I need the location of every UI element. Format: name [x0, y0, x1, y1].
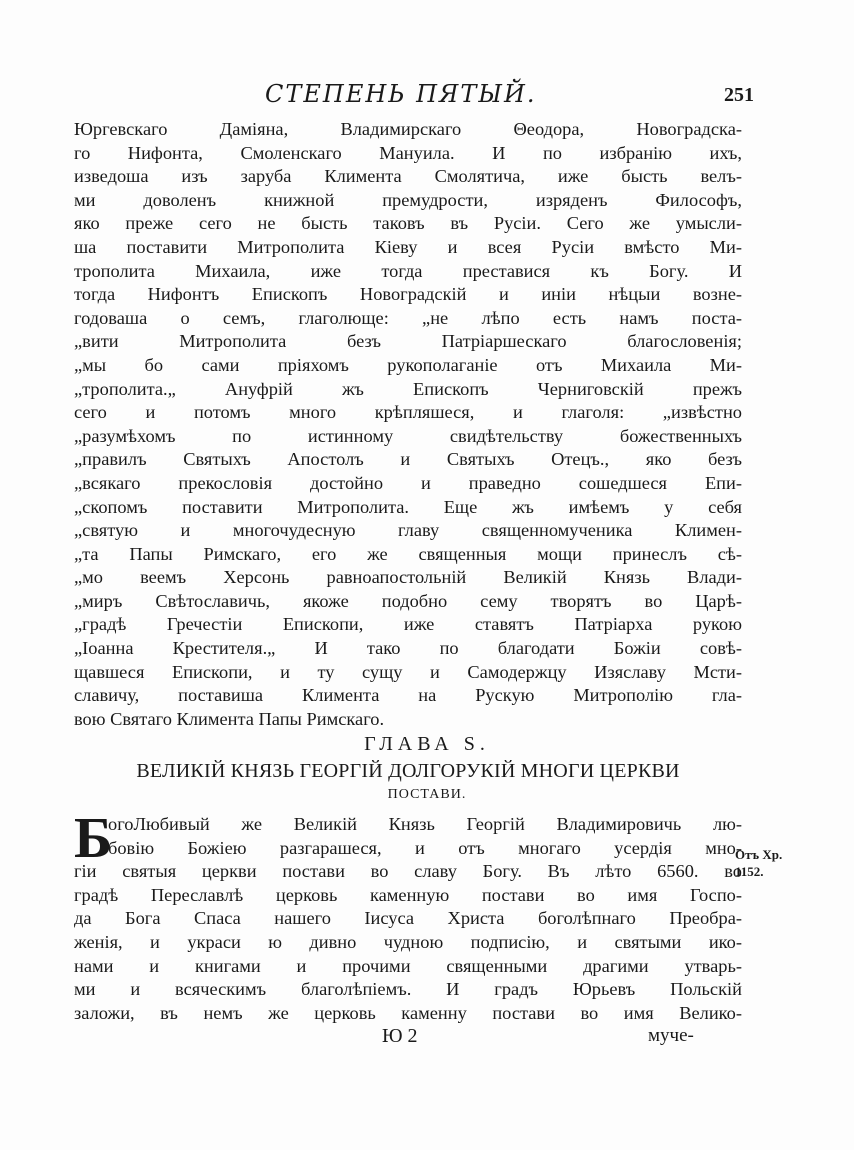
text-line: ша поставити Митрополита Кіеву и всея Ру… — [74, 236, 742, 260]
margin-note-line: 1152. — [735, 863, 782, 880]
text-line: женія, и украси ю дивно чудною подписію,… — [74, 931, 742, 955]
text-line: „трополита.„ Ануфрій жъ Епископъ Черниго… — [74, 378, 742, 402]
text-line: „градѣ Гречестіи Епископи, иже ставятъ П… — [74, 613, 742, 637]
text-line: заложи, въ немъ же церковь каменну поста… — [74, 1002, 742, 1026]
text-line: ми доволенъ книжной премудрости, изряден… — [74, 189, 742, 213]
text-line: огоЛюбивый же Великій Князь Георгій Влад… — [74, 813, 742, 837]
text-line: „мо веемъ Херсонь равноапостольній Велик… — [74, 566, 742, 590]
text-line: ми и всяческимъ благолѣпіемъ. И градъ Юр… — [74, 978, 742, 1002]
text-line: щавшеся Епископи, и ту сущу и Самодержцу… — [74, 661, 742, 685]
body-text-block-2: Б огоЛюбивый же Великій Князь Георгій Вл… — [74, 813, 742, 1025]
text-line: „скопомъ поставити Митрополита. Еще жъ и… — [74, 496, 742, 520]
text-line: „правилъ Святыхъ Апостолъ и Святыхъ Отец… — [74, 448, 742, 472]
text-line: славичу, поставиша Климента на Рускую Ми… — [74, 684, 742, 708]
text-line: трополита Михаила, иже тогда преставися … — [74, 260, 742, 284]
chapter-title: ВЕЛИКІЙ КНЯЗЬ ГЕОРГІЙ ДОЛГОРУКІЙ МНОГИ Ц… — [74, 760, 742, 783]
text-line: Юргевскаго Даміяна, Владимирскаго Θеодор… — [74, 118, 742, 142]
text-line: „разумѣхомъ по истинному свидѣтельству б… — [74, 425, 742, 449]
body-text-block-1: Юргевскаго Даміяна, Владимирскаго Θеодор… — [74, 118, 742, 731]
chapter-number: ГЛАВА Ѕ. — [0, 733, 854, 756]
text-line: да Бога Спаса нашего Іисуса Христа богол… — [74, 907, 742, 931]
text-line: „всякаго прекословія достойно и праведно… — [74, 472, 742, 496]
margin-note-line: Отъ Хр. — [735, 846, 782, 863]
text-line: сего и потомъ много крѣпляшеся, и глагол… — [74, 401, 742, 425]
chapter-title-continuation: ПОСТАВИ. — [0, 787, 854, 803]
margin-note-year: Отъ Хр. 1152. — [735, 846, 782, 880]
text-line: нами и книгами и прочими священными драг… — [74, 955, 742, 979]
text-line: „Іоанна Крестителя.„ И тако по благодати… — [74, 637, 742, 661]
drop-cap: Б — [74, 815, 112, 861]
text-line: „вити Митрополита безъ Патріаршескаго бл… — [74, 330, 742, 354]
text-line: бовію Божіею разгарашеся, и отъ многаго … — [74, 837, 742, 861]
text-line: градѣ Переславлѣ церковь каменную постав… — [74, 884, 742, 908]
running-title: СТЕПЕНЬ ПЯТЫЙ. — [265, 80, 537, 108]
running-head: СТЕПЕНЬ ПЯТЫЙ. 251 — [0, 80, 854, 110]
text-line: „святую и многочудесную главу священному… — [74, 519, 742, 543]
text-line: гіи святыя церкви постави во славу Богу.… — [74, 860, 742, 884]
text-line: изведоша изъ заруба Климента Смолятича, … — [74, 165, 742, 189]
text-line: „мы бо сами пріяхомъ рукополаганіе отъ М… — [74, 354, 742, 378]
text-line: „та Папы Римскаго, его же священныя мощи… — [74, 543, 742, 567]
text-line: яко преже сего не бысть таковъ въ Русіи.… — [74, 212, 742, 236]
book-page: СТЕПЕНЬ ПЯТЫЙ. 251 Юргевскаго Даміяна, В… — [0, 0, 854, 1150]
catchword: муче- — [648, 1025, 694, 1047]
text-line: го Нифонта, Смоленскаго Мануила. И по из… — [74, 142, 742, 166]
text-line: „миръ Свѣтославичь, якоже подобно сему т… — [74, 590, 742, 614]
page-number: 251 — [724, 84, 754, 107]
text-line: тогда Нифонтъ Епископъ Новоградскій и ин… — [74, 283, 742, 307]
signature-mark: Ю 2 — [382, 1025, 418, 1048]
text-line: годоваша о семъ, глаголюще: „не лѣпо ест… — [74, 307, 742, 331]
text-line: вою Святаго Климента Папы Римскаго. — [74, 708, 742, 732]
